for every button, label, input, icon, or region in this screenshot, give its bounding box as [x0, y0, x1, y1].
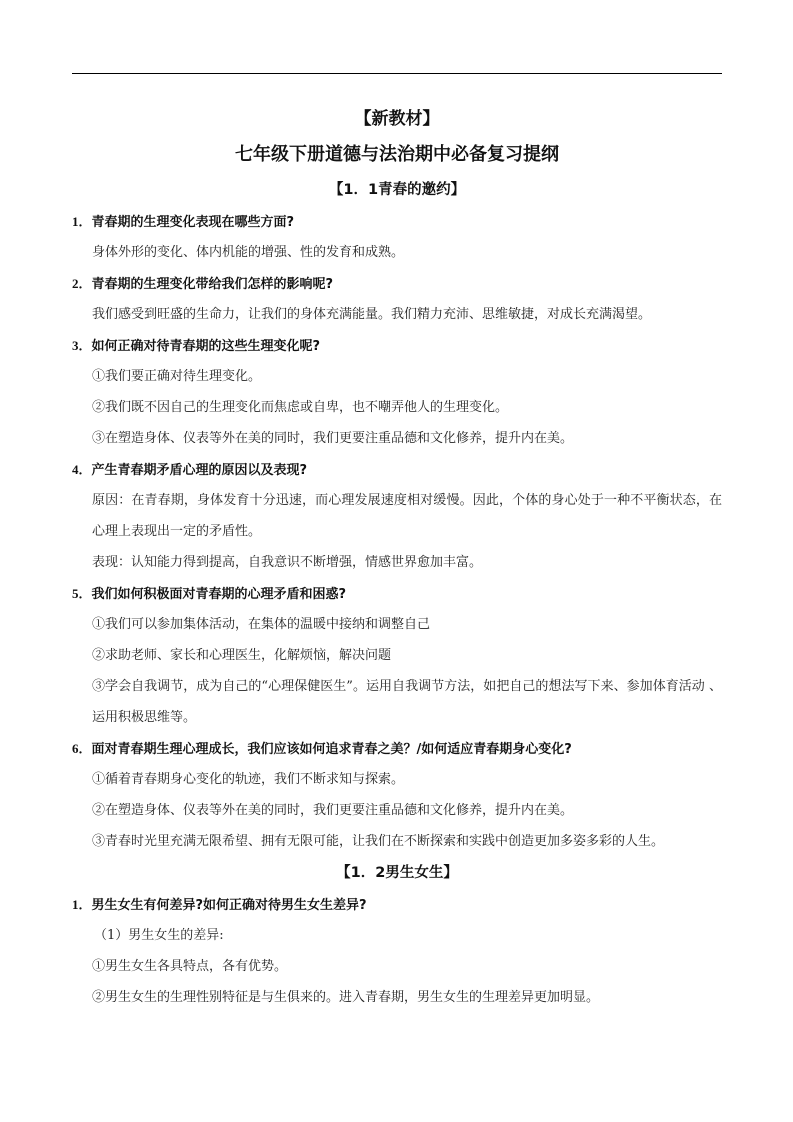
question-number: 1． — [72, 206, 92, 237]
answer-paragraph: ③在塑造身体、仪表等外在美的同时，我们更要注重品德和文化修养，提升内在美。 — [72, 423, 722, 454]
question-number: 1． — [72, 889, 92, 920]
question-heading: 3．如何正确对待青春期的这些生理变化呢? — [72, 330, 722, 361]
answer-paragraph: ②在塑造身体、仪表等外在美的同时，我们更要注重品德和文化修养，提升内在美。 — [72, 795, 722, 826]
section-heading: 【1．2男生女生】 — [72, 857, 722, 889]
question-heading: 5．我们如何积极面对青春期的心理矛盾和困惑? — [72, 578, 722, 609]
question-number: 5． — [72, 578, 92, 609]
question-heading: 1．男生女生有何差异?如何正确对待男生女生差异? — [72, 889, 722, 920]
answer-paragraph: 原因：在青春期，身体发育十分迅速，而心理发展速度相对缓慢。因此，个体的身心处于一… — [72, 485, 722, 547]
question-text: 我们如何积极面对青春期的心理矛盾和困惑? — [92, 587, 347, 602]
question-number: 2． — [72, 268, 92, 299]
question-number: 4． — [72, 454, 92, 485]
answer-paragraph: ①我们要正确对待生理变化。 — [72, 361, 722, 392]
answer-paragraph: ③学会自我调节，成为自己的“心理保健医生”。运用自我调节方法，如把自己的想法写下… — [72, 671, 722, 733]
section-heading: 【1．1青春的邀约】 — [72, 174, 722, 206]
answer-paragraph: 身体外形的变化、体内机能的增强、性的发育和成熟。 — [72, 237, 722, 268]
answer-paragraph: ②我们既不因自己的生理变化而焦虑或自卑，也不嘲弄他人的生理变化。 — [72, 392, 722, 423]
question-heading: 6．面对青春期生理心理成长，我们应该如何追求青春之美？/如何适应青春期身心变化? — [72, 733, 722, 764]
answer-paragraph: 表现：认知能力得到提高，自我意识不断增强，情感世界愈加丰富。 — [72, 547, 722, 578]
question-heading: 2．青春期的生理变化带给我们怎样的影响呢? — [72, 268, 722, 299]
answer-paragraph: ②求助老师、家长和心理医生，化解烦恼，解决问题 — [72, 640, 722, 671]
answer-paragraph: 我们感受到旺盛的生命力，让我们的身体充满能量。我们精力充沛、思维敏捷，对成长充满… — [72, 299, 722, 330]
question-number: 6． — [72, 733, 92, 764]
answer-paragraph: ①男生女生各具特点，各有优势。 — [72, 951, 722, 982]
question-text: 青春期的生理变化表现在哪些方面? — [92, 215, 295, 230]
question-number: 3． — [72, 330, 92, 361]
question-heading: 4．产生青春期矛盾心理的原因以及表现? — [72, 454, 722, 485]
answer-paragraph: ①我们可以参加集体活动，在集体的温暖中接纳和调整自己 — [72, 609, 722, 640]
document-tag: 【新教材】 — [72, 102, 722, 136]
question-text: 青春期的生理变化带给我们怎样的影响呢? — [92, 277, 334, 292]
answer-subheading: （1）男生女生的差异: — [72, 920, 722, 951]
question-text: 如何正确对待青春期的这些生理变化呢? — [92, 339, 321, 354]
document-page: 【新教材】 七年级下册道德与法治期中必备复习提纲 【1．1青春的邀约】 1．青春… — [72, 100, 722, 1013]
document-title: 七年级下册道德与法治期中必备复习提纲 — [72, 136, 722, 174]
question-text: 男生女生有何差异?如何正确对待男生女生差异? — [92, 898, 367, 913]
answer-paragraph: ②男生女生的生理性别特征是与生俱来的。进入青春期，男生女生的生理差异更加明显。 — [72, 982, 722, 1013]
question-text: 面对青春期生理心理成长，我们应该如何追求青春之美？/如何适应青春期身心变化? — [92, 742, 572, 757]
question-heading: 1．青春期的生理变化表现在哪些方面? — [72, 206, 722, 237]
header-rule — [72, 73, 722, 74]
question-text: 产生青春期矛盾心理的原因以及表现? — [92, 463, 308, 478]
answer-paragraph: ③青春时光里充满无限希望、拥有无限可能，让我们在不断探索和实践中创造更加多姿多彩… — [72, 826, 722, 857]
answer-paragraph: ①循着青春期身心变化的轨迹，我们不断求知与探索。 — [72, 764, 722, 795]
